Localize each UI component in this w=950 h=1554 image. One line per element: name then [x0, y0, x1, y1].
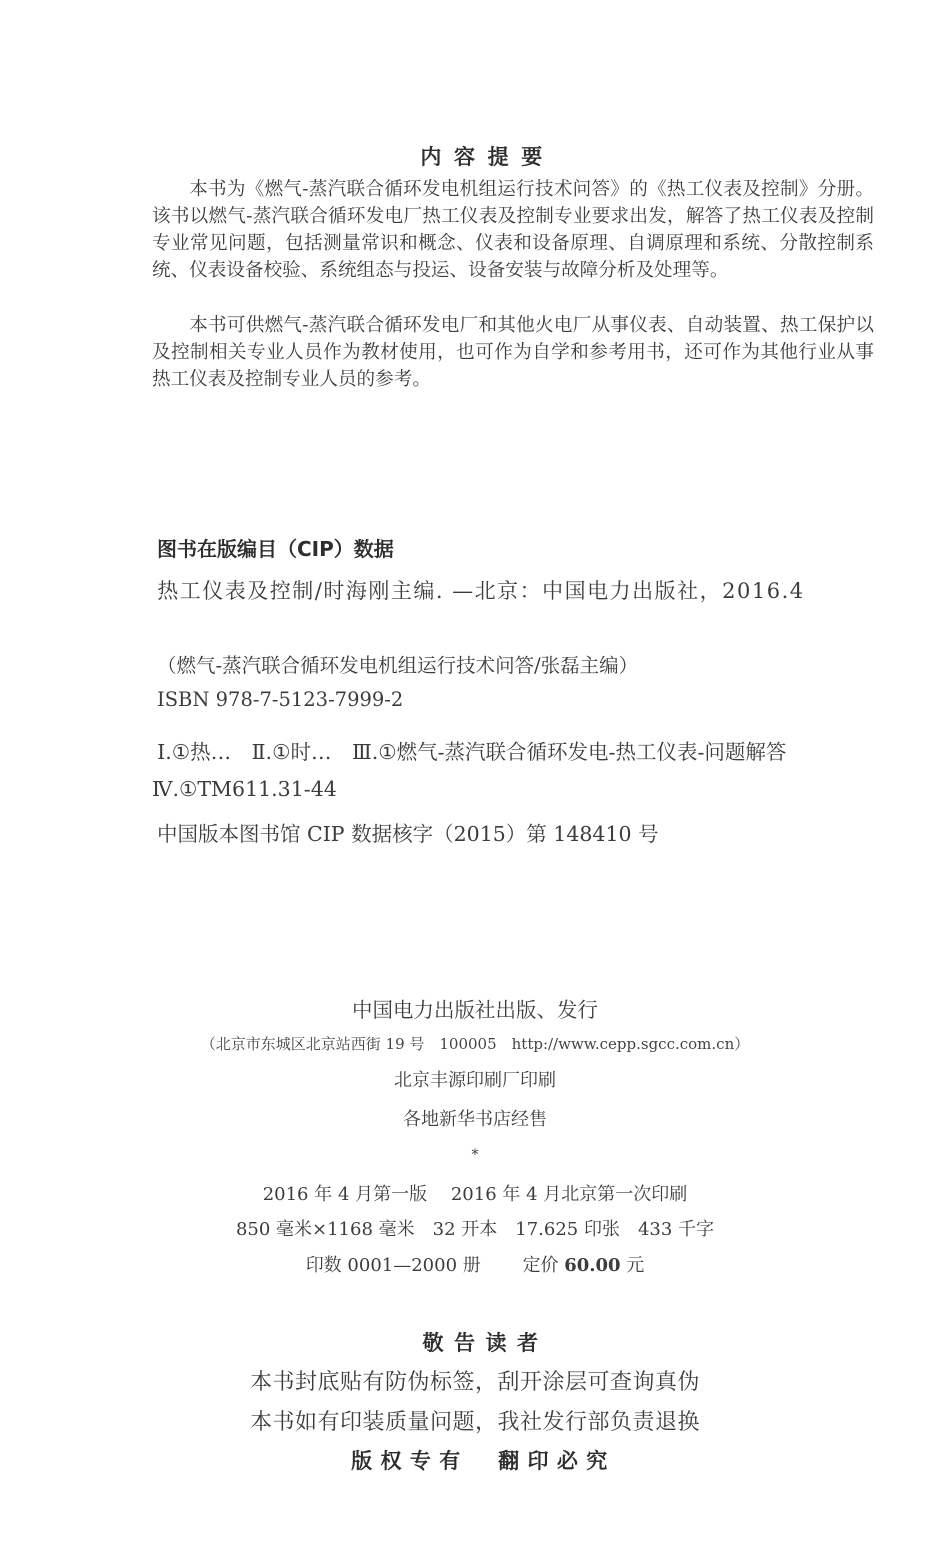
notice-line: 本书如有印装质量问题，我社发行部负责退换	[0, 1405, 950, 1436]
price-line: 印数 0001—2000 册 定价 60.00 元	[0, 1251, 950, 1277]
cip-title: 图书在版编目（CIP）数据	[157, 533, 394, 562]
summary-paragraph: 本书为《燃气-蒸汽联合循环发电机组运行技术问答》的《热工仪表及控制》分册。该书以…	[152, 176, 874, 284]
summary-paragraph: 本书可供燃气-蒸汽联合循环发电厂和其他火电厂从事仪表、自动装置、热工保护以及控制…	[152, 312, 874, 393]
notice-title: 敬告读者	[0, 1327, 950, 1357]
cip-record-number: 中国版本图书馆 CIP 数据核字（2015）第 148410 号	[157, 818, 659, 850]
price-currency: 元	[621, 1255, 645, 1276]
cip-entry: 热工仪表及控制/时海刚主编. —北京：中国电力出版社，2016.4	[152, 574, 874, 608]
summary-title: 内容提要	[0, 141, 950, 171]
cip-classification: Ⅰ.①热… Ⅱ.①时… Ⅲ.①燃气-蒸汽联合循环发电-热工仪表-问题解答 Ⅳ.①…	[152, 734, 874, 808]
publisher-name: 中国电力出版社出版、发行	[0, 993, 950, 1023]
notice-line: 本书封底贴有防伪标签，刮开涂层可查询真伪	[0, 1365, 950, 1396]
print-run: 印数 0001—2000 册 定价	[306, 1255, 565, 1276]
cip-isbn: ISBN 978-7-5123-7999-2	[157, 684, 403, 716]
separator-star: *	[0, 1147, 950, 1163]
edition-line: 2016 年 4 月第一版 2016 年 4 月北京第一次印刷	[0, 1180, 950, 1206]
printer-line: 北京丰源印刷厂印刷	[0, 1066, 950, 1092]
cip-series: （燃气-蒸汽联合循环发电机组运行技术问答/张磊主编）	[157, 650, 638, 682]
seller-line: 各地新华书店经售	[0, 1105, 950, 1131]
specs-line: 850 毫米×1168 毫米 32 开本 17.625 印张 433 千字	[0, 1215, 950, 1241]
price-value: 60.00	[564, 1255, 620, 1276]
copyright-notice: 版权专有 翻印必究	[0, 1445, 950, 1475]
publisher-address: （北京市东城区北京站西街 19 号 100005 http://www.cepp…	[0, 1033, 950, 1054]
